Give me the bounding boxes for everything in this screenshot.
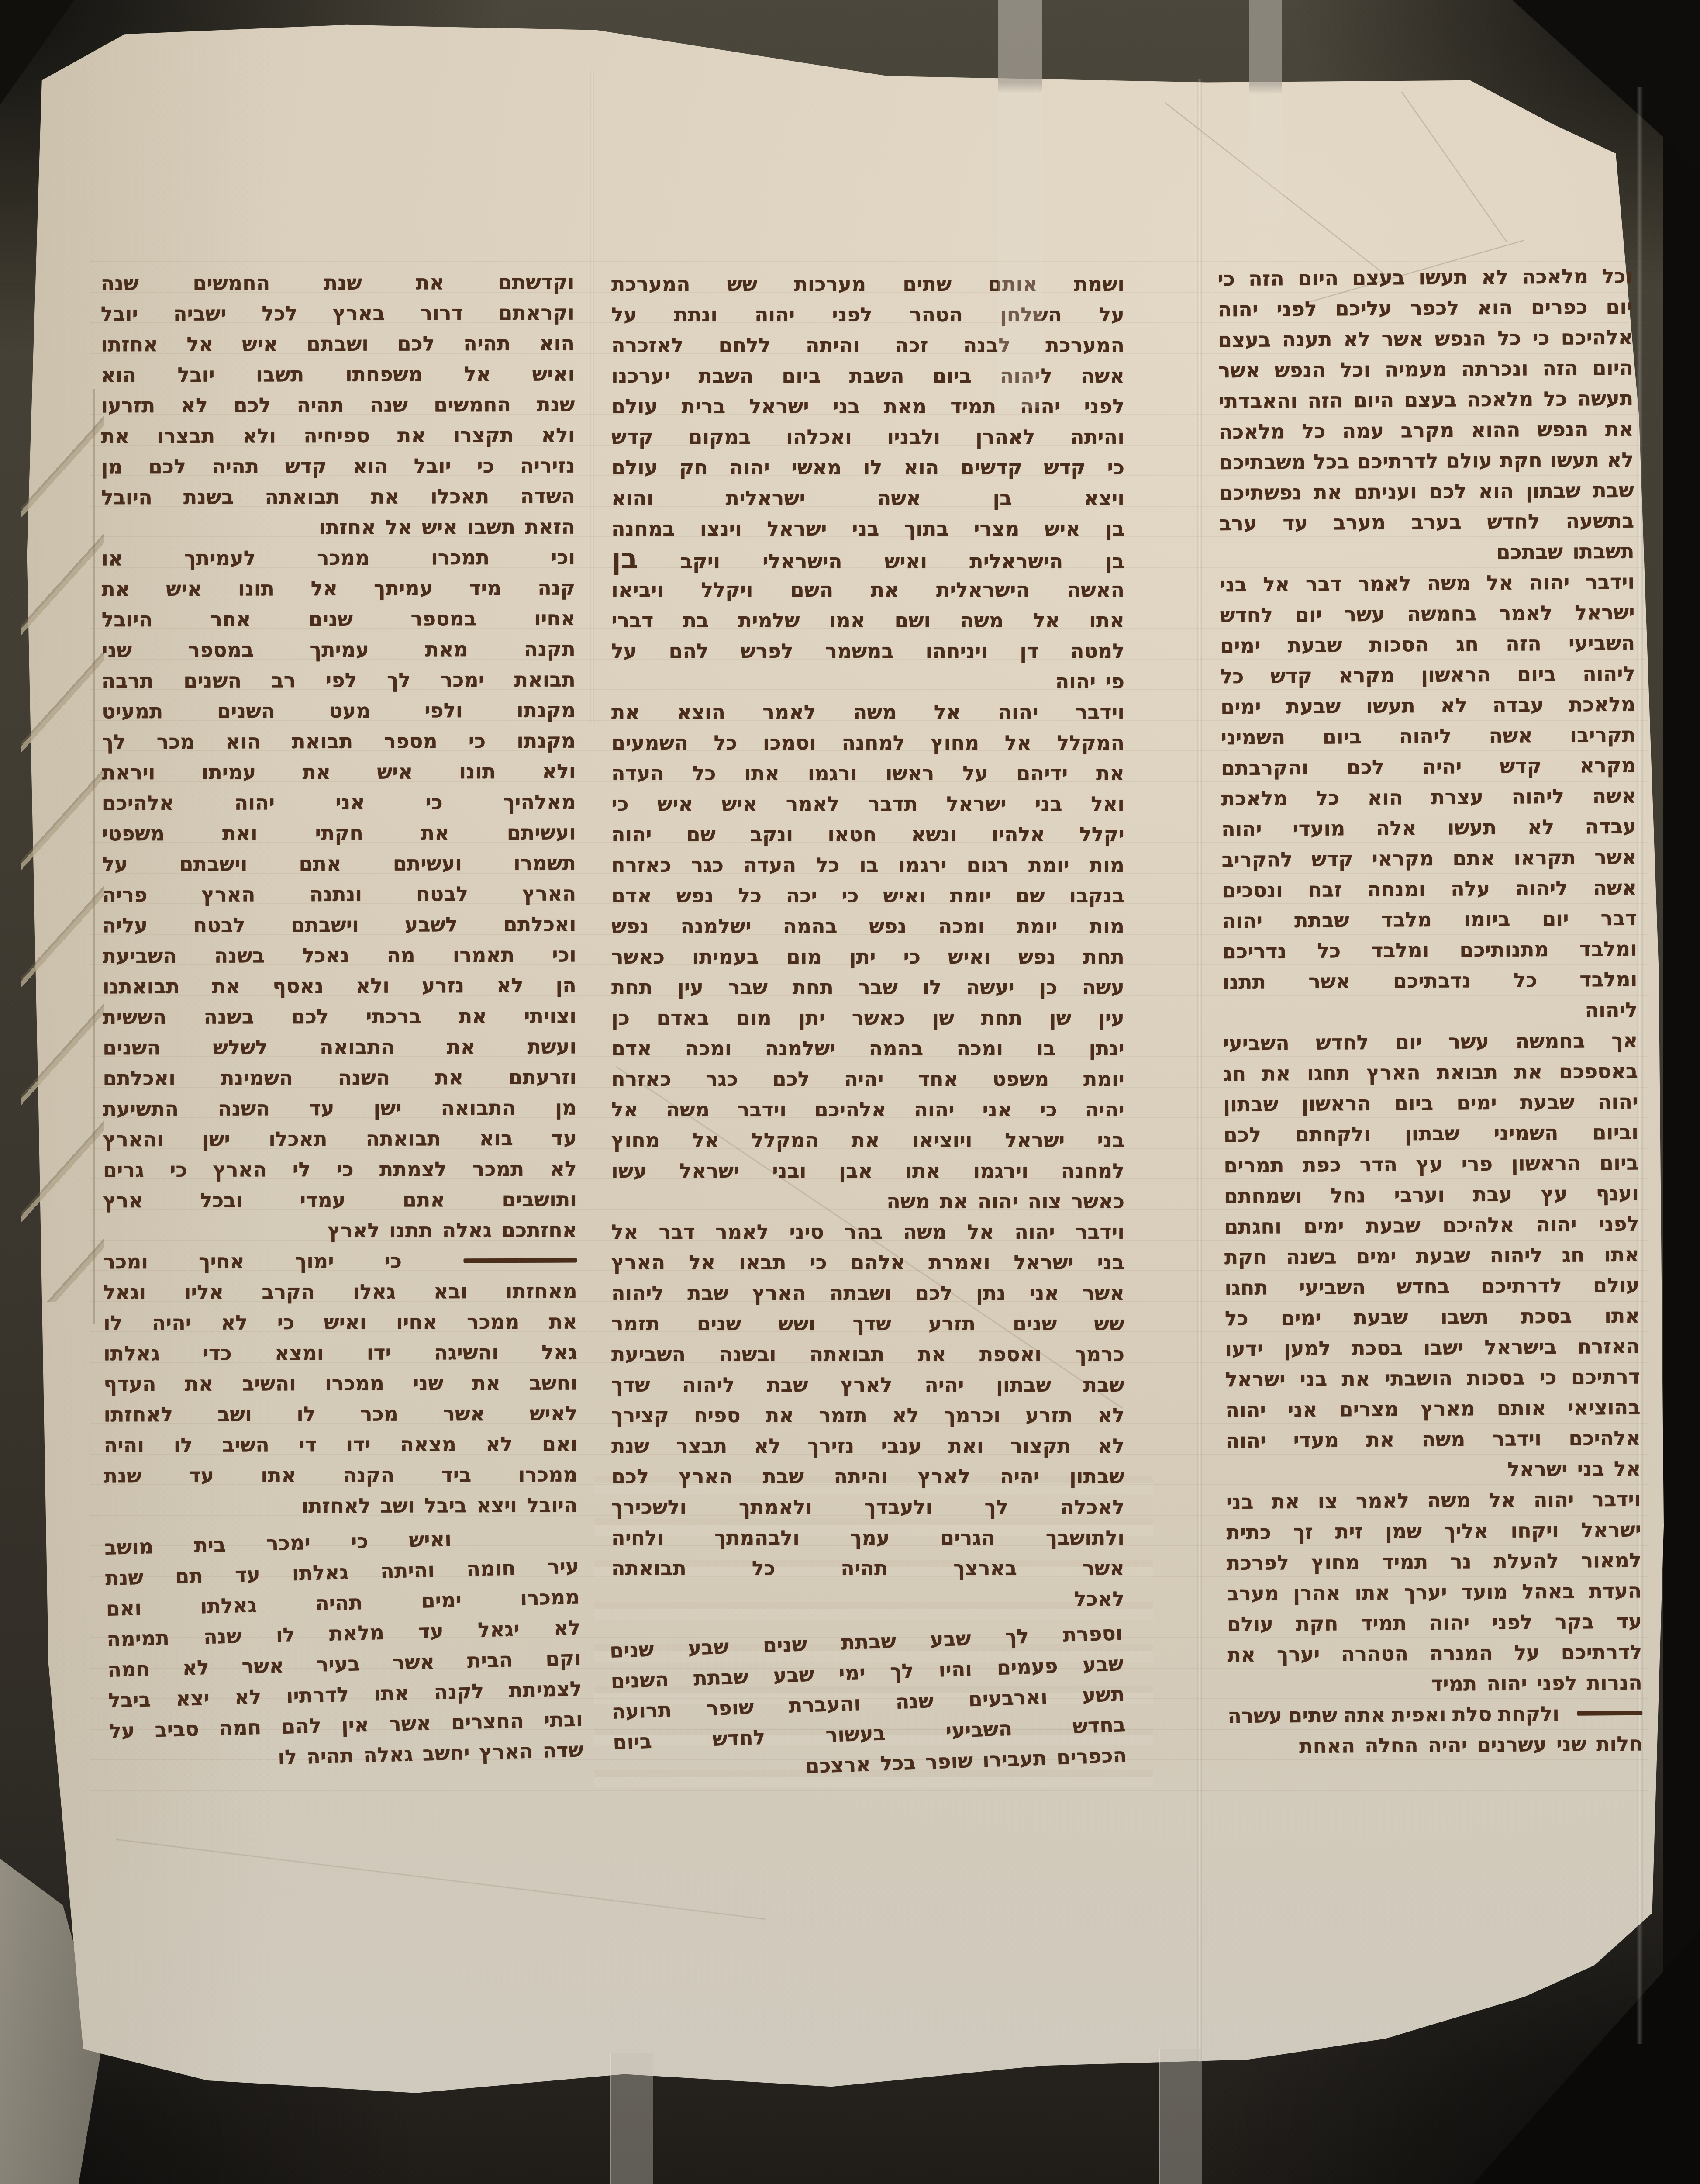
- word: עד: [309, 1093, 334, 1123]
- word: את: [1366, 1424, 1394, 1455]
- word: יהוה: [1226, 1425, 1266, 1456]
- word: את: [1341, 1363, 1370, 1394]
- word: אשר: [1594, 842, 1637, 873]
- torah-line: בנקבושםיומתואישכייכהכלנפשאדם: [611, 880, 1124, 911]
- torah-line: שנתהחמשיםשנהתהיהלכםלאתזרעו: [101, 389, 575, 421]
- word: לדרתיכם: [1481, 1270, 1562, 1301]
- word: וסמכו: [763, 727, 816, 758]
- word: יובל: [177, 359, 214, 390]
- word: קצירך: [611, 1400, 669, 1431]
- word: עשרה: [1228, 1700, 1282, 1731]
- word: יום: [1542, 903, 1569, 934]
- word: קדש: [285, 451, 327, 481]
- word: פי: [1105, 666, 1124, 697]
- torah-line: וחשבאתשניממכרווהשיבאתהעדף: [103, 1368, 577, 1400]
- torah-line: המקללאלמחוץלמחנהוסמכוכלהשמעים: [611, 727, 1124, 758]
- word: ביום: [612, 1726, 652, 1758]
- word: הראשון: [1301, 1088, 1371, 1119]
- word: לבטח: [193, 910, 245, 940]
- word: יהוה: [978, 1186, 1018, 1216]
- word: הוא: [904, 452, 939, 483]
- word: לא: [486, 1429, 513, 1459]
- torah-line: המערכתלבנהזכהוהיתהללחםלאזכרה: [611, 330, 1124, 360]
- word: דרור: [420, 297, 463, 328]
- word: תשבו: [467, 511, 515, 542]
- word: את: [472, 1368, 500, 1398]
- word: וידבר: [738, 1094, 786, 1125]
- word: ואכלהו: [786, 422, 852, 452]
- word: כי: [841, 880, 859, 911]
- word: שבע: [687, 1631, 729, 1663]
- word: ביד: [441, 1459, 472, 1490]
- word: ידו: [346, 1429, 371, 1460]
- torah-line: וצויתיאתברכתילכםבשנההששית: [103, 1001, 576, 1033]
- word: ושב: [217, 1399, 252, 1430]
- word: ביבל: [424, 1490, 467, 1521]
- stretched-letter-bar: [1577, 1711, 1642, 1716]
- word: ימים: [1303, 1210, 1344, 1241]
- word: להם: [669, 636, 708, 666]
- word: ישראל: [946, 788, 1006, 819]
- word: ימכר: [266, 1527, 310, 1559]
- word: ונתנה: [310, 879, 362, 909]
- word: ולא: [541, 420, 575, 450]
- word: לאכל: [1074, 1583, 1124, 1614]
- word: אמו: [829, 605, 866, 636]
- word: יהוה: [234, 787, 275, 818]
- word: ואל: [1091, 788, 1124, 819]
- word: כל: [816, 850, 840, 880]
- word: ישראל: [1581, 1514, 1641, 1545]
- word: חלות: [1596, 1728, 1643, 1759]
- word: והאבדתי: [1218, 385, 1297, 416]
- word: תזרעו: [101, 390, 155, 421]
- torah-line: אלהיכםכיכלהנפשאשרלאתענהבעצם: [1218, 322, 1633, 356]
- word: ביבל: [108, 1684, 151, 1715]
- torah-line: מותיומתרגוםירגמובוכלהעדהכגרכאזרח: [611, 850, 1124, 880]
- word: ביום: [1517, 659, 1556, 690]
- word: אלהם: [851, 1247, 905, 1278]
- word: ואיש: [948, 941, 991, 972]
- torah-line: הואתהיהלכםושבתםאישאלאחזתו: [101, 328, 575, 360]
- word: יהוה: [1598, 1086, 1638, 1117]
- word: ימים: [421, 1584, 462, 1616]
- word: את: [185, 1368, 213, 1399]
- word: אל: [934, 697, 961, 727]
- word: אתו: [905, 1155, 941, 1186]
- word: האחת: [1299, 1730, 1355, 1761]
- torah-line: אחזתכםגאלהתתנולארץ: [103, 1215, 577, 1247]
- word: ולשכירך: [611, 1492, 686, 1522]
- word: מערב: [1227, 1578, 1279, 1609]
- word: ברכתי: [366, 1001, 421, 1032]
- torah-line: כיימוךאחיךומכר: [103, 1245, 577, 1277]
- word: אשה: [1593, 872, 1637, 903]
- word: חקתי: [315, 818, 363, 848]
- word: הוא: [353, 451, 388, 481]
- word: ישראל: [767, 513, 827, 544]
- word: בעשור: [825, 1717, 886, 1750]
- word: דרתיכם: [1571, 1362, 1640, 1393]
- word: השביעי: [1569, 628, 1635, 659]
- word: שבע: [1082, 1648, 1124, 1680]
- word: שבעת: [1520, 1087, 1575, 1118]
- torah-line: וידבריהוהאלמשהלאמרצואתבני: [1226, 1484, 1641, 1517]
- word: האזרח: [1577, 1331, 1640, 1362]
- torah-line: וידבריהוהאלמשהלאמרדבראלבני: [1220, 567, 1634, 600]
- word: ושם: [895, 605, 931, 636]
- paragraph: וקדשתםאתשנתהחמשיםשנהוקראתםדרורבארץלכלישב…: [101, 267, 576, 543]
- word: הקנה: [343, 1460, 394, 1490]
- word: אני: [983, 1094, 1012, 1125]
- word: את: [459, 1001, 487, 1031]
- word: והיה: [104, 1430, 145, 1460]
- torah-line: אךבחמשהעשריוםלחדשהשביעי: [1223, 1025, 1638, 1059]
- word: ישראלית: [726, 483, 805, 513]
- paragraph: וידבריהוהאלמשהבהרסינילאמרדבראלבניישראלוא…: [611, 1216, 1124, 1614]
- torah-line: אשראנינתןלכםושבתההארץשבתליהוה: [611, 1278, 1124, 1308]
- word: סלת: [1452, 1699, 1492, 1730]
- word: נזיריה: [520, 450, 575, 481]
- word: ולאמתך: [739, 1492, 812, 1522]
- word: ישראל: [1507, 1454, 1568, 1485]
- torah-line: האשההישראליתאתהשםויקללויביאו: [611, 574, 1124, 605]
- word: והארץ: [103, 1124, 164, 1154]
- word: סיני: [790, 1216, 824, 1247]
- torah-line: ומלבדכלנדבתיכםאשרתתנו: [1222, 964, 1637, 998]
- word: תמעיט: [102, 696, 163, 726]
- word: כי: [903, 941, 921, 972]
- torah-line: שששניםתזרעשדךושששניםתזמר: [611, 1308, 1124, 1339]
- torah-line: דרתיכםכיבסכותהושבתיאתבניישראל: [1225, 1362, 1640, 1395]
- word: עשו: [611, 1155, 647, 1186]
- word: הראשון: [1511, 1148, 1581, 1179]
- word: היום: [1298, 263, 1338, 294]
- word: תזרע: [928, 1308, 976, 1339]
- torah-line: ושמתאותםשתיםמערכותששהמערכת: [611, 269, 1124, 299]
- word: ידעו: [1225, 1334, 1263, 1365]
- word: השיב: [222, 1429, 269, 1460]
- word: נדבתיכם: [1393, 965, 1471, 996]
- word: את: [852, 1125, 880, 1155]
- word: לפני: [1276, 294, 1317, 325]
- word: דבר: [1306, 568, 1342, 599]
- word: תשבתו: [1572, 536, 1634, 567]
- word: ושבתם: [307, 328, 369, 359]
- torah-line: שבתשבתוןהואלכםועניתםאתנפשתיכם: [1219, 475, 1634, 508]
- word: לשבע: [405, 909, 458, 940]
- word: תחת: [1083, 941, 1124, 972]
- word: הישראלית: [969, 546, 1063, 577]
- word: משה: [960, 605, 1004, 636]
- word: בחדש: [1397, 1271, 1450, 1302]
- word: בני: [1220, 569, 1247, 600]
- word: תדבר: [868, 788, 918, 819]
- torah-line: לאתקצורואתענבינזירךלאתבצרשנת: [611, 1431, 1124, 1461]
- word: ומלבד: [1579, 964, 1638, 995]
- torah-line: וענףעץעבתוערבינחלושמחתם: [1224, 1178, 1639, 1212]
- word: את: [101, 421, 129, 451]
- word: נדריכם: [1222, 936, 1287, 967]
- word: תהיה: [297, 390, 344, 420]
- word: את: [549, 1306, 577, 1337]
- word: מצרי: [974, 513, 1020, 544]
- word: דבר: [659, 1216, 695, 1247]
- torah-line: לאתזרעוכרמךלאתזמראתספיחקצירך: [611, 1400, 1124, 1431]
- plexiglass-strip-bottom: [1159, 2049, 1202, 2184]
- word: מכר: [157, 726, 195, 757]
- word: וידבר: [1076, 1216, 1124, 1247]
- word: ונסכים: [1222, 874, 1283, 905]
- torah-line: ולאתקצרואתספיחיהולאתבצרואת: [101, 420, 575, 452]
- word: עד: [418, 1615, 444, 1646]
- word: כאשר: [1071, 1186, 1124, 1216]
- word: את: [871, 574, 899, 605]
- word: נחל: [1331, 1180, 1366, 1211]
- word: ולבהמתך: [714, 1522, 800, 1553]
- word: לאהרן: [976, 422, 1035, 452]
- torah-line: אשהליהוהביוםהשבתביוםהשבתיערכנו: [611, 360, 1124, 391]
- word: לאחזתו: [301, 1490, 371, 1521]
- word: וינצו: [700, 513, 742, 544]
- word: מקנתו: [517, 726, 576, 756]
- word: תבואתה: [265, 481, 340, 512]
- word: להם: [281, 1711, 321, 1742]
- word: שתים: [1288, 1700, 1337, 1731]
- word: תקראו: [1514, 842, 1576, 873]
- word: ומכה: [685, 1033, 732, 1064]
- torah-line: למטהדןויניחהובמשמרלפרשלהםעל: [611, 636, 1124, 666]
- word: במקום: [688, 422, 751, 452]
- word: לו: [278, 1742, 297, 1773]
- word: התשיעת: [103, 1093, 179, 1124]
- word: פעמים: [997, 1650, 1059, 1683]
- word: שנת: [324, 267, 362, 298]
- word: תבואתה: [810, 1339, 885, 1369]
- word: לפני: [832, 299, 872, 330]
- word: אל: [1005, 727, 1031, 758]
- torah-line: תבואתימכרלךלפירבהשניםתרבה: [102, 664, 576, 696]
- torah-line: האזרחבישראלישבובסכתלמעןידעו: [1225, 1331, 1640, 1365]
- word: משה: [1422, 1424, 1466, 1455]
- word: ליהוה: [1585, 995, 1638, 1026]
- word: במשמר: [825, 636, 893, 666]
- plexiglass-strip-top: [1249, 0, 1282, 218]
- word: והיתה: [1070, 422, 1124, 452]
- word: ואם: [106, 1593, 142, 1624]
- word: יתן: [798, 1002, 825, 1033]
- word: משפטי: [102, 818, 165, 849]
- word: את: [766, 1400, 794, 1431]
- word: שנה: [101, 268, 139, 298]
- word: במספר: [410, 603, 476, 634]
- word: אלהיו: [992, 819, 1045, 850]
- torah-line: מקנתוולפימעטהשניםתמעיט: [102, 695, 576, 727]
- word: לאמר: [715, 1216, 769, 1247]
- word: שתים: [903, 269, 952, 299]
- word: תבצר: [676, 1431, 727, 1461]
- word: הוא: [1478, 476, 1514, 507]
- word: משפט: [993, 1064, 1049, 1094]
- word: אל: [464, 359, 491, 389]
- word: אתו: [1604, 1239, 1639, 1270]
- word: אל: [311, 573, 338, 604]
- word: ועניתם: [1354, 476, 1417, 507]
- word: להקריב: [1221, 844, 1293, 875]
- word: תאכלו: [269, 1123, 328, 1154]
- word: ושמחתם: [1224, 1180, 1302, 1211]
- word: ישראל: [1014, 1247, 1073, 1278]
- word: השנה: [338, 1062, 390, 1093]
- word: את: [1314, 477, 1342, 507]
- word: אתו: [744, 758, 779, 788]
- word: לכם: [915, 1278, 952, 1308]
- torah-line: מותיומתומכהנפשבהמהישלמנהנפש: [611, 911, 1124, 941]
- word: אתו: [1089, 605, 1124, 636]
- word: וחשב: [529, 1368, 578, 1398]
- word: עד: [1617, 1606, 1642, 1637]
- word: אשר: [389, 1707, 431, 1739]
- torah-line: ינתןבוומכהבהמהישלמנהומכהאדם: [611, 1033, 1124, 1064]
- word: הזה: [1248, 263, 1284, 294]
- word: העדה: [743, 850, 796, 880]
- word: ובא: [434, 1276, 468, 1306]
- word: שדך: [611, 1369, 650, 1400]
- word: עשר: [1344, 599, 1385, 630]
- word: אדם: [611, 880, 652, 911]
- word: יקלל: [1079, 819, 1124, 850]
- word: עץ: [1416, 1149, 1443, 1179]
- word: אתם: [1452, 843, 1495, 874]
- word: והיו: [938, 1653, 972, 1685]
- word: ומנחה: [1367, 874, 1426, 905]
- word: התבואה: [320, 1032, 395, 1062]
- word: מאת: [884, 391, 927, 422]
- word: לפני: [1537, 1668, 1577, 1699]
- word: אל: [611, 1094, 638, 1125]
- word: לעמיתך: [184, 543, 255, 573]
- word: ותושבים: [502, 1184, 577, 1215]
- word: האשה: [1067, 574, 1124, 605]
- word: וישבתם: [291, 909, 359, 940]
- word: כל: [693, 758, 716, 788]
- word: הארץ: [752, 1278, 806, 1308]
- word: מושב: [104, 1531, 154, 1563]
- word: לו: [297, 1399, 316, 1429]
- word: כי: [1532, 322, 1550, 353]
- word: אלהיכם: [1569, 1423, 1641, 1454]
- word: כי: [170, 1154, 187, 1185]
- torah-line: אתובסכתתשבושבעתימיםכל: [1225, 1300, 1640, 1334]
- word: בעצם: [1352, 262, 1405, 293]
- word: בן: [1105, 513, 1124, 544]
- word: וידבר: [1076, 697, 1124, 727]
- word: שבע: [930, 1623, 972, 1655]
- word: עליה: [102, 910, 148, 940]
- word: תהיה: [841, 1553, 888, 1583]
- word: דן: [1020, 636, 1038, 666]
- word: משבתיכם: [1219, 446, 1306, 477]
- word: יהוה: [755, 299, 795, 330]
- word: אחיך: [199, 1246, 245, 1277]
- word: את: [611, 697, 640, 727]
- word: חג: [1562, 1240, 1585, 1270]
- word: תבואתנו: [103, 971, 180, 1002]
- word: לו: [103, 1307, 123, 1338]
- word: אחד: [918, 1064, 958, 1094]
- word: לאזכרה: [611, 330, 683, 360]
- word: כל: [714, 727, 737, 758]
- torah-line: וביוםהשמינישבתוןולקחתםלכם: [1224, 1117, 1638, 1151]
- word: תמיד: [1361, 1607, 1407, 1638]
- word: ליהוה: [1511, 781, 1564, 812]
- word: בחמשה: [1515, 1026, 1585, 1057]
- word: על: [102, 849, 128, 879]
- word: הארץ: [201, 879, 255, 910]
- word: יהיה: [1428, 1729, 1468, 1760]
- word: מעדי: [1293, 1424, 1339, 1455]
- word: לא: [182, 1652, 210, 1683]
- word: ללחם: [718, 330, 770, 360]
- word: מלאת: [329, 1617, 385, 1649]
- torah-line: אלהיכםוידברמשהאתמעדייהוה: [1226, 1423, 1641, 1456]
- word: המערכת: [1045, 330, 1124, 360]
- word: אך: [1611, 1025, 1638, 1056]
- word: מה: [387, 940, 415, 971]
- word: החמשים: [193, 267, 270, 298]
- word: מות: [1090, 850, 1125, 880]
- word: לאמר: [786, 788, 839, 819]
- torah-line: תשבתושבתכם: [1219, 536, 1634, 570]
- word: אדם: [611, 1033, 652, 1064]
- word: בערב: [1411, 506, 1462, 537]
- torah-line: קנהמידעמיתךאלתונואישאת: [101, 573, 575, 605]
- word: באספכם: [1559, 1056, 1638, 1087]
- word: ישן: [202, 1124, 230, 1154]
- word: תמיד: [1382, 1546, 1428, 1577]
- word: ימים: [1220, 630, 1261, 661]
- word: שבעת: [1416, 1240, 1470, 1271]
- word: יהיה: [1085, 1094, 1124, 1125]
- word: שן: [932, 1002, 954, 1033]
- word: אתם: [299, 848, 341, 879]
- word: ממכרו: [325, 1368, 384, 1399]
- word: הסכות: [1369, 629, 1429, 660]
- word: תמכרו: [431, 542, 490, 573]
- word: תאכלו: [431, 481, 490, 511]
- word: ישראל: [1225, 1364, 1286, 1395]
- word: ואיש: [885, 546, 928, 577]
- word: מקרב: [1400, 415, 1454, 446]
- word: אותם: [1497, 1393, 1546, 1424]
- word: לדרתיכם: [1561, 1637, 1642, 1668]
- word: ימוך: [295, 1246, 334, 1276]
- torah-line: יוםכפריםהואלכפרעליכםלפנייהוה: [1218, 291, 1633, 325]
- word: איש: [1045, 513, 1080, 544]
- word: בישראל: [1484, 1331, 1557, 1362]
- word: הטהרה: [1341, 1638, 1408, 1669]
- word: שבתון: [1526, 475, 1581, 506]
- word: הזה: [1542, 353, 1578, 384]
- word: יהיה: [924, 1369, 964, 1400]
- word: גאלתו: [103, 1338, 160, 1368]
- torah-line: פייהוה: [611, 666, 1124, 697]
- word: יהוה: [1221, 814, 1262, 845]
- word: יחשב: [422, 1737, 470, 1769]
- word: לפרכת: [1227, 1547, 1290, 1578]
- word: עולם: [611, 391, 658, 422]
- word: אל: [1489, 1485, 1516, 1515]
